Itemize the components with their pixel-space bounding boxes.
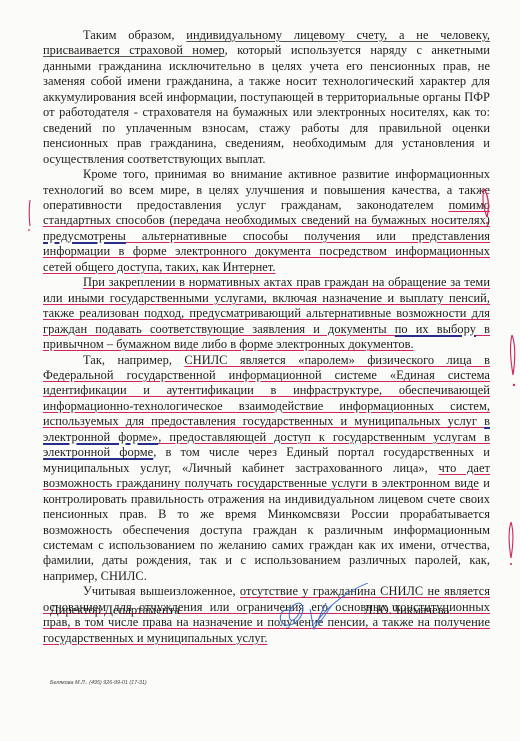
signature-block: Директор Департамента Л.Ю.Чикмачева — [0, 595, 520, 635]
underlined-text-segment: , предоставляющей доступ к государственн… — [158, 430, 490, 444]
text-segment: Кроме того, принимая во внимание активно… — [43, 167, 490, 212]
signatory-title: Директор Департамента — [50, 603, 180, 618]
text-segment: и контролировать правильность отражения … — [43, 476, 490, 583]
text-segment: Таким образом, — [83, 28, 186, 42]
underlined-text-segment: по их выбору — [395, 322, 476, 336]
exclamation-mark-icon — [508, 333, 520, 393]
handwritten-signature — [272, 583, 372, 635]
paragraph: Таким образом, индивидуальному лицевому … — [43, 28, 490, 167]
executor-contact: Белякова М.Л.. (495) 926-99-01 (17-31) — [50, 680, 147, 686]
paragraph: Кроме того, принимая во внимание активно… — [43, 167, 490, 275]
scanned-letter-page: Таким образом, индивидуальному лицевому … — [0, 0, 520, 741]
paragraph: Так, например, СНИЛС является «паролем» … — [43, 353, 490, 585]
signatory-name: Л.Ю.Чикмачева — [364, 603, 449, 618]
exclamation-mark-icon — [478, 187, 498, 227]
underlined-text-segment: электронной форме — [43, 445, 153, 459]
letter-body: Таким образом, индивидуальному лицевому … — [43, 28, 490, 646]
exclamation-mark-icon — [505, 520, 519, 570]
text-segment: Так, например, — [83, 353, 184, 367]
underlined-text-segment: предусмотрены — [43, 229, 126, 243]
paragraph: При закреплении в нормативных актах прав… — [43, 275, 490, 352]
left-bracket-mark-icon — [26, 198, 36, 234]
text-segment: , который используется наряду с анкетным… — [43, 43, 490, 165]
